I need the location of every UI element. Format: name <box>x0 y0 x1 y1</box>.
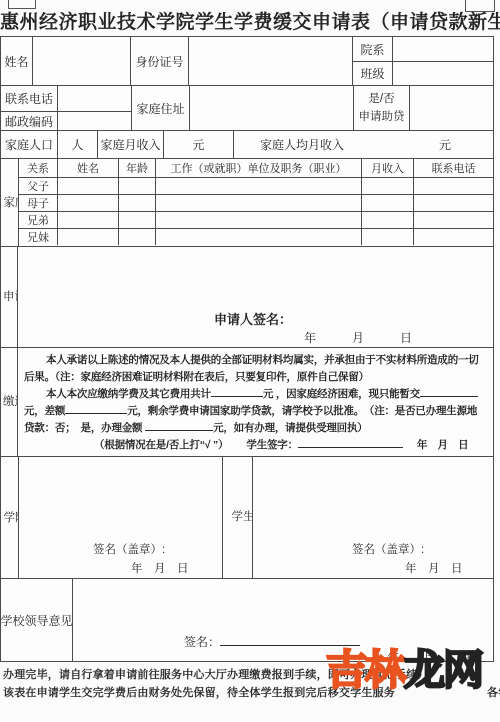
member-income-cell <box>362 195 414 211</box>
commitment-p2-seg3: 元，差额 <box>24 405 65 417</box>
commitment-sign-line: （根据情况在是/否上打“√ ”）学生签字：年 月 日 <box>94 437 487 454</box>
member-name-cell <box>58 212 119 228</box>
college-sign-label: 签名（盖章）: <box>93 541 165 557</box>
commitment-paragraph-1: 本人承诺以上陈述的情况及本人提供的全部证明材料均属实，并承担由于不实材料所造成的… <box>24 352 487 386</box>
member-age-cell <box>119 178 156 194</box>
family-size-unit: 人 <box>58 131 98 158</box>
college-date-label: 年 月 日 <box>131 560 189 576</box>
phone-postcode-stack: 联系电话 邮政编码 <box>1 86 132 130</box>
relation-mother: 母子 <box>19 195 58 211</box>
loan-apply-label-line2: 申请助贷 <box>359 108 405 126</box>
family-member-row: 父子 <box>19 178 493 195</box>
member-income-cell <box>362 178 414 194</box>
dept-class-stack: 院系 班级 <box>353 37 493 85</box>
member-name-cell <box>58 229 119 245</box>
commitment-date-label: 年 月 日 <box>417 439 469 451</box>
relation-sibling: 兄妹 <box>19 229 58 245</box>
commitment-section: 缴还承诺 本人承诺以上陈述的情况及本人提供的全部证明材料均属实，并承担由于不实材… <box>1 348 493 457</box>
family-size-label: 家庭人口 <box>1 131 58 158</box>
row-name-id: 姓名 身份证号 院系 班级 <box>1 37 493 86</box>
watermark: 吉林龙网 <box>326 650 482 691</box>
college-opinion-side-label: 学院负责人意见 <box>1 457 19 578</box>
school-leader-sign-label: 签名： <box>184 635 220 649</box>
reason-side-label: 申请理由 <box>1 247 18 347</box>
address-value-cell <box>190 86 354 130</box>
family-members-grid: 关系 姓名 年龄 工作（或就职）单位及职务（职业） 月收入 联系电话 父子 母子 <box>19 159 493 246</box>
percapita-income-cell: 家庭人均月收入 元 <box>234 131 493 158</box>
name-value-cell <box>33 37 131 85</box>
id-number-value-cell <box>189 37 353 85</box>
row-family-income: 家庭人口 人 家庭月收入 元 家庭人均月收入 元 <box>1 131 493 159</box>
id-number-label: 身份证号 <box>131 37 189 85</box>
commitment-p2-seg1: 本人本次应缴纳学费及其它费用共计 <box>46 388 211 400</box>
row-phone-address: 联系电话 邮政编码 家庭住址 是/否 申请助贷 <box>1 86 493 131</box>
student-signature-label: 学生签字： <box>246 439 298 451</box>
member-age-cell <box>119 229 156 245</box>
commitment-p2-seg2: 元 ，因家庭经济困难，现只能暂交 <box>263 388 420 400</box>
member-work-cell <box>156 212 362 228</box>
fee-total-blank <box>211 386 263 397</box>
family-member-row: 兄妹 <box>19 229 493 245</box>
phone-value-cell <box>58 86 131 111</box>
relation-father: 父子 <box>19 178 58 194</box>
member-phone-cell <box>414 212 493 228</box>
loan-apply-label-line1: 是/否 <box>368 90 394 108</box>
tick-note: （根据情况在是/否上打“√ ”） <box>94 439 228 451</box>
watermark-jilin: 吉林 <box>326 647 404 693</box>
applicant-signature-label: 申请人签名： <box>214 309 292 328</box>
loan-apply-label: 是/否 申请助贷 <box>354 86 410 130</box>
partial-pay-blank <box>420 386 478 397</box>
col-relation: 关系 <box>19 159 58 177</box>
family-member-row: 兄弟 <box>19 212 493 229</box>
name-label: 姓名 <box>1 37 33 85</box>
footer-note-2-tail: 各学 <box>487 687 500 699</box>
percapita-income-label: 家庭人均月收入 <box>260 136 344 153</box>
col-name: 姓名 <box>58 159 119 177</box>
student-office-area: 签名（盖章）: 年 月 日 <box>253 457 493 578</box>
reason-section: 申请理由 申请人签名： 年 月 日 <box>1 247 493 348</box>
difference-blank <box>65 403 127 414</box>
commitment-p2-seg5: 元，如有办理，请提供受理回执） <box>213 422 368 434</box>
member-name-cell <box>58 178 119 194</box>
student-office-date-label: 年 月 日 <box>405 560 463 576</box>
commitment-content-area: 本人承诺以上陈述的情况及本人提供的全部证明材料均属实，并承担由于不实材料所造成的… <box>18 348 493 456</box>
member-phone-cell <box>414 178 493 194</box>
relation-brother: 兄弟 <box>19 212 58 228</box>
member-income-cell <box>362 229 414 245</box>
family-members-header-row: 关系 姓名 年龄 工作（或就职）单位及职务（职业） 月收入 联系电话 <box>19 159 493 178</box>
school-leader-sign-blank <box>220 635 360 646</box>
class-value-cell <box>393 62 493 85</box>
family-member-row: 母子 <box>19 195 493 212</box>
commitment-side-label: 缴还承诺 <box>1 348 18 456</box>
loan-apply-value-cell <box>410 86 493 130</box>
col-income: 月收入 <box>362 159 414 177</box>
family-income-label: 家庭月收入 <box>98 131 164 158</box>
postcode-label: 邮政编码 <box>1 112 58 130</box>
college-opinion-area: 签名（盖章）: 年 月 日 <box>19 457 223 578</box>
col-work: 工作（或就职）单位及职务（职业） <box>156 159 362 177</box>
dept-label: 院系 <box>353 37 393 61</box>
member-work-cell <box>156 178 362 194</box>
family-members-side-label: 家庭成员 <box>1 159 19 246</box>
member-phone-cell <box>414 229 493 245</box>
family-members-section: 家庭成员 关系 姓名 年龄 工作（或就职）单位及职务（职业） 月收入 联系电话 … <box>1 159 493 247</box>
watermark-longwang: 龙网 <box>404 647 482 693</box>
member-phone-cell <box>414 195 493 211</box>
student-office-side-label: 学生处意见 <box>223 457 253 578</box>
school-leader-label: 学校领导意见 <box>1 579 73 661</box>
member-age-cell <box>119 212 156 228</box>
postcode-value-cell <box>58 112 131 130</box>
application-form-table: 姓名 身份证号 院系 班级 联系电话 邮政编码 家庭住址 <box>0 36 494 662</box>
member-age-cell <box>119 195 156 211</box>
opinions-section: 学院负责人意见 签名（盖章）: 年 月 日 学生处意见 签名（盖章）: 年 月 … <box>1 457 493 579</box>
address-label: 家庭住址 <box>132 86 190 130</box>
page-title: 惠州经济职业技术学院学生学费缓交申请表（申请贷款新生） <box>0 7 500 34</box>
member-income-cell <box>362 212 414 228</box>
dept-value-cell <box>393 37 493 61</box>
col-phone: 联系电话 <box>414 159 493 177</box>
reason-date-label: 年 月 日 <box>304 329 412 346</box>
family-income-unit: 元 <box>164 131 234 158</box>
loan-amount-blank <box>145 420 213 431</box>
student-office-sign-label: 签名（盖章）: <box>352 541 424 557</box>
member-work-cell <box>156 195 362 211</box>
member-name-cell <box>58 195 119 211</box>
col-age: 年龄 <box>119 159 156 177</box>
reason-content-area: 申请人签名： 年 月 日 <box>18 247 493 347</box>
phone-label: 联系电话 <box>1 86 58 111</box>
commitment-paragraph-2: 本人本次应缴纳学费及其它费用共计元 ，因家庭经济困难，现只能暂交元，差额元，剩余… <box>24 386 487 437</box>
student-signature-blank <box>298 437 403 448</box>
member-work-cell <box>156 229 362 245</box>
percapita-income-unit: 元 <box>439 136 451 153</box>
class-label: 班级 <box>353 62 393 85</box>
